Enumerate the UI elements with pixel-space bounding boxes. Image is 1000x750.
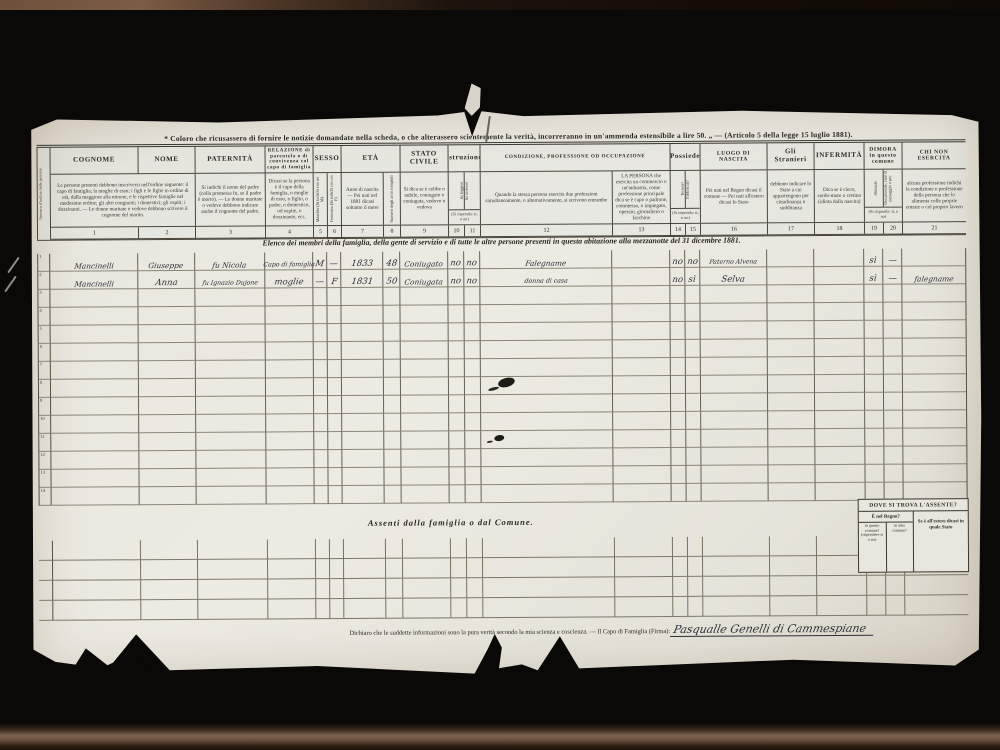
row-cell — [196, 396, 266, 414]
handwritten-entry: fu Nicola — [212, 261, 247, 270]
row-cell — [266, 414, 314, 432]
column-subcells-11: Terreni?Fabbricati? — [680, 171, 690, 208]
row-cell — [266, 342, 314, 360]
row-cell — [686, 466, 701, 484]
row-cell — [815, 411, 865, 429]
row-number: 9 — [39, 398, 51, 416]
row-number: 10 — [39, 416, 51, 434]
absent-row-cell — [141, 560, 198, 580]
row-cell — [465, 449, 481, 467]
row-cell — [465, 467, 481, 485]
absent-row-cell — [615, 557, 673, 577]
header-bands: COGNOMENOMEPATERNITÀRELAZIONE di parente… — [50, 142, 966, 240]
subcolumn-label: Abituale — [874, 170, 879, 207]
row-cell — [685, 304, 700, 322]
absent-row-cell — [483, 557, 615, 578]
row-cell — [328, 432, 342, 450]
handwritten-entry: no — [466, 277, 478, 287]
row-cell — [701, 429, 768, 447]
row-cell — [400, 287, 448, 305]
row-cell — [700, 285, 767, 303]
column-desc-text-6: Numero degli anni compiuti — [389, 173, 394, 225]
row-cell — [449, 467, 465, 485]
row-cell: no — [464, 269, 480, 287]
column-desc-3: Maschio (Si indichi con un M) — [314, 173, 328, 225]
handwritten-entry: no — [450, 259, 462, 269]
row-cell — [481, 448, 613, 467]
dove-questo-comune: in questo comune? (rispondere sì o no) — [859, 523, 887, 572]
row-cell — [671, 448, 686, 466]
row-cell — [671, 394, 686, 412]
row-cell — [384, 432, 401, 450]
row-cell: Mancinelli — [50, 271, 138, 290]
row-cell — [767, 267, 814, 285]
row-cell — [328, 468, 342, 486]
absent-row-cell — [451, 598, 467, 618]
row-cell — [686, 358, 701, 376]
declaration-line: Dichiaro che le suddette informazioni so… — [349, 621, 979, 639]
handwritten-entry: Falegname — [525, 259, 567, 268]
corner-label: Numero d'ordine delle persone — [36, 148, 51, 240]
row-cell — [139, 361, 196, 379]
subcolumn-8-1: Sa scrivere — [465, 172, 470, 209]
column-number-17: 18 — [815, 223, 865, 234]
column-desc-text-4: Femmina (Si indichi con un F) — [330, 173, 339, 225]
handwritten-entry: Mancinelli — [74, 280, 115, 289]
row-cell — [465, 413, 481, 431]
assenti-heading: Assenti dalla famiglia o dal Comune. — [281, 516, 621, 528]
row-cell: Giuseppe — [138, 253, 195, 271]
pencil-mark — [4, 276, 17, 293]
column-number-8: 9 — [401, 225, 449, 236]
column-number-19: 20 — [884, 223, 903, 234]
row-cell — [865, 465, 884, 483]
row-cell — [883, 285, 902, 303]
absent-row-cell — [886, 596, 905, 616]
absent-row-cell — [688, 557, 703, 577]
handwritten-entry: Anna — [155, 279, 178, 289]
row-number: 2 — [38, 272, 50, 290]
row-cell — [329, 486, 343, 504]
row-cell — [768, 375, 815, 393]
row-number: 14 — [40, 488, 52, 506]
column-number-13: 14 — [671, 224, 686, 235]
row-cell — [612, 268, 670, 286]
row-cell — [884, 357, 903, 375]
row-cell — [815, 429, 865, 447]
absent-row-cell — [703, 536, 770, 556]
row-cell — [671, 430, 686, 448]
column-title-14: CHI NON ESERCITA — [902, 142, 965, 168]
row-cell: F — [327, 270, 341, 288]
subcolumn-label: Sa leggere — [459, 172, 464, 209]
handwritten-entry: — — [887, 274, 897, 284]
row-cell — [195, 288, 265, 306]
handwritten-entry: Coniugata — [404, 278, 444, 287]
absent-persons-rows — [39, 535, 968, 621]
column-number-15: 16 — [701, 223, 768, 234]
column-desc-13: debbono indicare lo Stato a cui apparten… — [768, 170, 815, 222]
column-number-9: 10 — [449, 225, 465, 236]
absent-row-cell — [330, 599, 344, 619]
row-cell — [481, 394, 613, 413]
row-cell — [313, 288, 327, 306]
row-cell — [314, 342, 328, 360]
absent-row-cell — [886, 576, 905, 596]
row-cell — [700, 303, 767, 321]
row-cell — [701, 321, 768, 339]
handwritten-entry: Selva — [721, 275, 746, 285]
row-cell — [401, 359, 449, 377]
row-cell — [314, 414, 328, 432]
column-number-18: 19 — [865, 223, 884, 234]
row-cell — [342, 324, 384, 342]
row-cell — [266, 360, 314, 378]
row-cell — [612, 304, 670, 322]
absent-row-cell — [703, 576, 770, 596]
row-cell — [383, 306, 400, 324]
row-cell — [481, 466, 613, 485]
row-cell — [384, 324, 401, 342]
row-cell: sì — [864, 267, 883, 285]
row-cell — [51, 397, 139, 416]
column-number-11: 12 — [481, 224, 613, 236]
row-cell — [613, 430, 671, 448]
row-cell — [865, 321, 884, 339]
row-cell — [613, 340, 671, 358]
absent-row-cell — [53, 600, 141, 621]
row-cell — [768, 465, 815, 483]
row-cell: Mancinelli — [50, 253, 138, 272]
row-cell — [671, 322, 686, 340]
row-cell — [465, 377, 481, 395]
absent-row-cell — [316, 539, 330, 559]
row-cell — [449, 377, 465, 395]
row-cell — [342, 450, 384, 468]
row-cell — [139, 415, 196, 433]
paper-scrap — [464, 83, 484, 117]
absent-row-cell — [344, 539, 386, 559]
row-cell — [51, 379, 139, 398]
row-cell — [701, 339, 768, 357]
row-number: 7 — [39, 362, 51, 380]
absent-row-cell — [673, 557, 688, 577]
column-footer-8: (Si risponda: sì, o no) — [449, 209, 480, 224]
row-cell: Falegname — [480, 250, 612, 269]
row-cell — [465, 431, 481, 449]
row-cell — [903, 410, 966, 428]
row-cell — [139, 379, 196, 397]
subcolumn-label: Fabbricati? — [686, 171, 691, 208]
row-cell: donna di casa — [480, 268, 612, 287]
absent-row-corner — [39, 561, 53, 581]
row-cell — [266, 378, 314, 396]
absent-row-cell — [403, 598, 451, 618]
absent-row-cell — [451, 538, 467, 558]
row-cell — [402, 485, 450, 503]
column-number-20: 21 — [903, 222, 966, 233]
row-cell — [51, 361, 139, 380]
row-cell — [767, 249, 814, 267]
row-cell — [51, 343, 139, 362]
absent-row-cell — [316, 559, 330, 579]
absent-row-cell — [198, 579, 268, 599]
row-cell — [328, 360, 342, 378]
row-cell — [686, 448, 701, 466]
row-cell — [400, 305, 448, 323]
row-cell — [613, 322, 671, 340]
row-cell: Capo di famiglia — [265, 252, 313, 270]
column-title-8: CONDIZIONE, PROFESSIONE OD OCCUPAZIONE — [480, 144, 670, 171]
row-cell — [701, 357, 768, 375]
row-cell — [865, 393, 884, 411]
absent-row-cell — [344, 599, 386, 619]
dove-body: È nel Regno? in questo comune? (risponde… — [859, 511, 968, 572]
row-cell — [51, 451, 139, 470]
row-cell — [670, 286, 685, 304]
row-cell — [903, 374, 966, 392]
row-cell — [196, 414, 266, 432]
handwritten-entry: F — [330, 278, 337, 288]
row-cell — [139, 343, 196, 361]
absent-row-cell — [53, 560, 141, 581]
column-desc-14: Dica se è cieco, sordo-muto o cretino (i… — [815, 170, 865, 222]
column-desc-2: Dicasi se la persona è il capo della fam… — [266, 173, 314, 225]
handwritten-entry: — — [315, 278, 325, 288]
row-cell — [50, 289, 138, 308]
row-cell: no — [448, 269, 464, 287]
row-cell: 48 — [383, 252, 400, 270]
absent-row-cell — [673, 577, 688, 597]
absent-row-cell — [198, 559, 268, 579]
present-persons-rows: 1MancinelliGiuseppefu NicolaCapo di fami… — [37, 248, 968, 506]
column-desc-6: Numero degli anni compiuti — [384, 173, 401, 225]
handwritten-entry: Coniugato — [404, 260, 444, 269]
absent-row-cell — [673, 597, 688, 617]
column-desc-11: Terreni?Fabbricati?(Si risponda: sì, o n… — [671, 171, 701, 223]
subcolumn-15-1: Occasionale, cioè di passaggio o per bre… — [884, 170, 893, 207]
row-cell — [401, 341, 449, 359]
row-cell: sì — [864, 249, 883, 267]
row-cell — [401, 377, 449, 395]
column-title-13: DIMORA in questo comune — [864, 143, 902, 169]
row-cell: 1833 — [341, 252, 383, 270]
handwritten-entry: — — [329, 260, 339, 270]
row-number: 5 — [39, 326, 51, 344]
column-title-12: INFERMITÀ — [814, 143, 864, 169]
handwritten-entry: Capo di famiglia — [263, 262, 315, 270]
absent-row-cell — [141, 580, 198, 600]
absent-row-cell — [770, 596, 817, 616]
row-cell — [464, 287, 480, 305]
row-cell — [342, 432, 384, 450]
header-table: Numero d'ordine delle persone COGNOMENOM… — [36, 139, 966, 241]
column-number-0: 1 — [51, 227, 139, 239]
absent-row-cell — [905, 595, 968, 615]
row-cell: no — [670, 250, 685, 268]
row-cell — [612, 286, 670, 304]
row-cell — [401, 431, 449, 449]
head-of-family-signature: Pasqualle Genelli di Cammespiane — [670, 622, 875, 637]
row-cell — [266, 432, 314, 450]
absent-row-cell — [867, 596, 886, 616]
row-cell — [815, 447, 865, 465]
absent-row-cell — [467, 558, 483, 578]
row-cell — [266, 450, 314, 468]
row-number: 3 — [38, 290, 50, 308]
column-number-3: 4 — [266, 226, 314, 237]
row-cell: 50 — [383, 270, 400, 288]
absent-row-cell — [344, 579, 386, 599]
row-cell — [139, 469, 196, 487]
row-cell — [865, 411, 884, 429]
row-cell — [671, 358, 686, 376]
handwritten-entry: no — [671, 257, 683, 267]
row-cell — [449, 449, 465, 467]
handwritten-entry: M — [315, 260, 325, 270]
row-cell — [481, 340, 613, 359]
handwritten-entry: sì — [869, 274, 877, 284]
row-cell — [768, 393, 815, 411]
row-cell — [464, 305, 480, 323]
absent-row-cell — [770, 556, 817, 576]
row-cell: fu Ignazio Dujone — [195, 270, 265, 288]
row-cell — [384, 378, 401, 396]
row-cell — [465, 341, 481, 359]
row-cell — [686, 322, 701, 340]
row-number: 1 — [38, 254, 50, 272]
row-cell — [864, 303, 883, 321]
dove-title: DOVE SI TROVA L'ASSENTE? — [859, 499, 968, 512]
row-cell — [328, 342, 342, 360]
row-cell — [814, 303, 864, 321]
row-cell — [903, 320, 966, 338]
row-cell — [266, 396, 314, 414]
column-desc-16: alcuna professione indichi la condizione… — [903, 169, 966, 221]
column-subcells-8: Sa leggereSa scrivere — [459, 172, 469, 209]
absent-row-cell — [467, 578, 483, 598]
row-cell — [671, 466, 686, 484]
column-number-2: 3 — [196, 226, 266, 237]
row-cell: — — [883, 267, 902, 285]
row-cell — [314, 396, 328, 414]
row-cell — [884, 411, 903, 429]
absent-row-cell — [386, 599, 403, 619]
row-cell — [51, 325, 139, 344]
handwritten-entry: moglie — [274, 278, 304, 288]
row-cell — [265, 306, 313, 324]
column-number-4: 5 — [314, 226, 328, 237]
row-cell — [328, 450, 342, 468]
absent-row-cell — [467, 598, 483, 618]
row-cell — [448, 287, 464, 305]
absent-row-cell — [403, 578, 451, 598]
row-cell — [196, 468, 266, 486]
row-cell — [315, 486, 329, 504]
row-cell — [384, 342, 401, 360]
row-cell — [884, 393, 903, 411]
row-cell — [197, 486, 267, 504]
handwritten-entry: sì — [688, 275, 696, 285]
dove-regno-column: È nel Regno? in questo comune? (risponde… — [859, 512, 914, 572]
row-cell — [195, 306, 265, 324]
row-cell: Selva — [700, 267, 767, 285]
absent-row-cell — [268, 539, 316, 559]
row-cell: M — [313, 252, 327, 270]
handwritten-entry: no — [466, 259, 478, 269]
absent-row-cell — [268, 579, 316, 599]
column-desc-5: Anno di nascita — Pei nati nel 1881 dica… — [342, 173, 384, 225]
absent-row-cell — [688, 597, 703, 617]
row-cell: moglie — [265, 270, 313, 288]
row-cell — [328, 324, 342, 342]
row-cell — [701, 447, 768, 465]
row-cell — [903, 356, 966, 374]
column-title-7: Istruzione — [448, 145, 480, 171]
column-footer-11: (Si risponda: sì, o no) — [671, 208, 700, 223]
row-cell — [767, 285, 814, 303]
subcolumn-11-1: Fabbricati? — [686, 171, 691, 208]
subcolumn-label: Terreni? — [680, 171, 685, 208]
row-cell: no — [464, 251, 480, 269]
absent-row-cell — [467, 538, 483, 558]
row-cell — [313, 306, 327, 324]
absent-row-cell — [483, 577, 615, 598]
row-cell — [383, 288, 400, 306]
column-number-14: 15 — [686, 224, 701, 235]
row-cell — [903, 338, 966, 356]
row-cell — [384, 414, 401, 432]
absent-row-cell — [386, 539, 403, 559]
column-desc-12: Pei nati nel Regno dicasi il comune — Pe… — [701, 170, 768, 222]
row-cell — [196, 342, 266, 360]
row-cell — [480, 304, 612, 323]
row-cell — [138, 289, 195, 307]
column-title-11: Gli Stranieri — [767, 143, 814, 169]
row-cell — [341, 306, 383, 324]
absent-row-corner — [39, 541, 53, 561]
row-cell — [903, 392, 966, 410]
row-cell — [196, 360, 266, 378]
row-number: 12 — [39, 452, 51, 470]
column-number-6: 7 — [342, 226, 384, 237]
row-cell — [481, 412, 613, 431]
handwritten-entry: Paterno Alvena — [709, 259, 758, 267]
row-cell — [671, 340, 686, 358]
handwritten-entry: fu Ignazio Dujone — [202, 280, 258, 288]
row-number: 11 — [39, 434, 51, 452]
row-cell: Coniugata — [400, 269, 448, 287]
handwritten-entry: 1833 — [350, 259, 373, 269]
row-cell — [449, 359, 465, 377]
row-cell — [613, 358, 671, 376]
absent-row-cell — [53, 580, 141, 601]
row-cell — [466, 485, 482, 503]
subcolumn-label: Sa scrivere — [465, 172, 470, 209]
row-cell — [196, 450, 266, 468]
row-cell — [884, 321, 903, 339]
handwritten-entry: no — [450, 277, 462, 287]
column-desc-7: Si dica se è celibe o nubile, coniugato … — [401, 172, 449, 224]
row-cell — [865, 447, 884, 465]
handwritten-entry: 1831 — [350, 277, 373, 287]
absent-row-cell — [770, 536, 817, 556]
row-cell — [385, 486, 402, 504]
absent-row-cell — [703, 596, 770, 616]
row-cell — [902, 302, 965, 320]
declaration-text: Dichiaro che le suddette informazioni so… — [349, 628, 670, 637]
row-cell — [767, 303, 814, 321]
